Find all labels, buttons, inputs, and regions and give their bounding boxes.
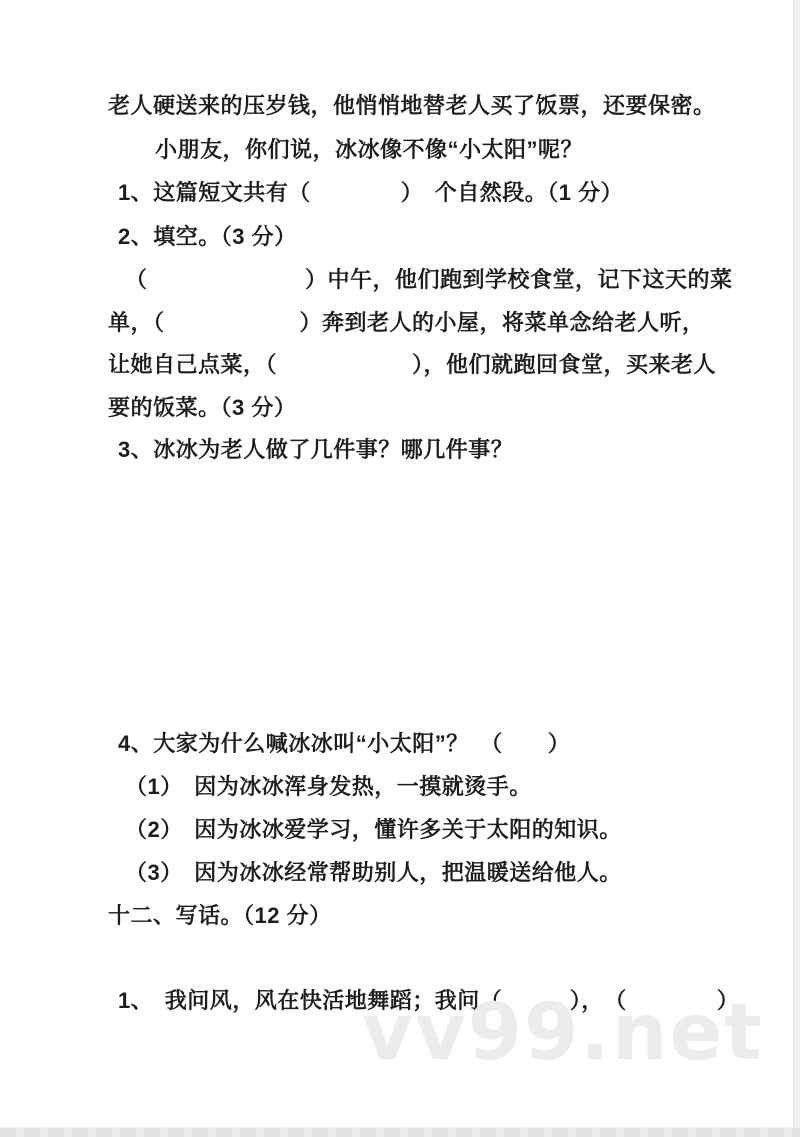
text-line-question-4: 4、大家为什么喊冰冰叫“小太阳”？ （ ） [118,730,570,758]
text-line-passage-1: 老人硬送来的压岁钱，他悄悄地替老人买了饭票，还要保密。 [108,92,716,120]
text-line-question-3: 3、冰冰为老人做了几件事？哪几件事？ [118,436,513,464]
text-line-fill-blank-2: 单，（ ）奔到老人的小屋，将菜单念给老人听， [108,309,705,337]
text-line-option-1: （1） 因为冰冰浑身发热，一摸就烫手。 [125,773,532,801]
document-page: 老人硬送来的压岁钱，他悄悄地替老人买了饭票，还要保密。 小朋友，你们说，冰冰像不… [0,0,800,1137]
page-right-edge-strip [793,0,800,1137]
page-bottom-edge-strip [0,1127,800,1137]
text-line-option-2: （2） 因为冰冰爱学习，懂许多关于太阳的知识。 [125,816,622,844]
watermark: vv99.net [362,988,764,1078]
text-line-passage-2: 小朋友，你们说，冰冰像不像“小太阳”呢？ [155,136,583,164]
text-line-fill-blank-4: 要的饭菜。（3 分） [108,394,296,422]
text-line-fill-blank-3: 让她自己点菜，（ ），他们就跑回食堂，买来老人 [108,351,716,379]
text-line-option-3: （3） 因为冰冰经常帮助别人，把温暖送给他人。 [125,859,622,887]
text-line-question-2: 2、填空。（3 分） [118,223,297,251]
text-line-fill-blank-1: （ ）中午，他们跑到学校食堂，记下这天的菜 [125,266,733,294]
text-line-section-12: 十二、写话。（12 分） [108,902,332,930]
text-line-question-1: 1、这篇短文共有（ ） 个自然段。（1 分） [118,179,623,207]
